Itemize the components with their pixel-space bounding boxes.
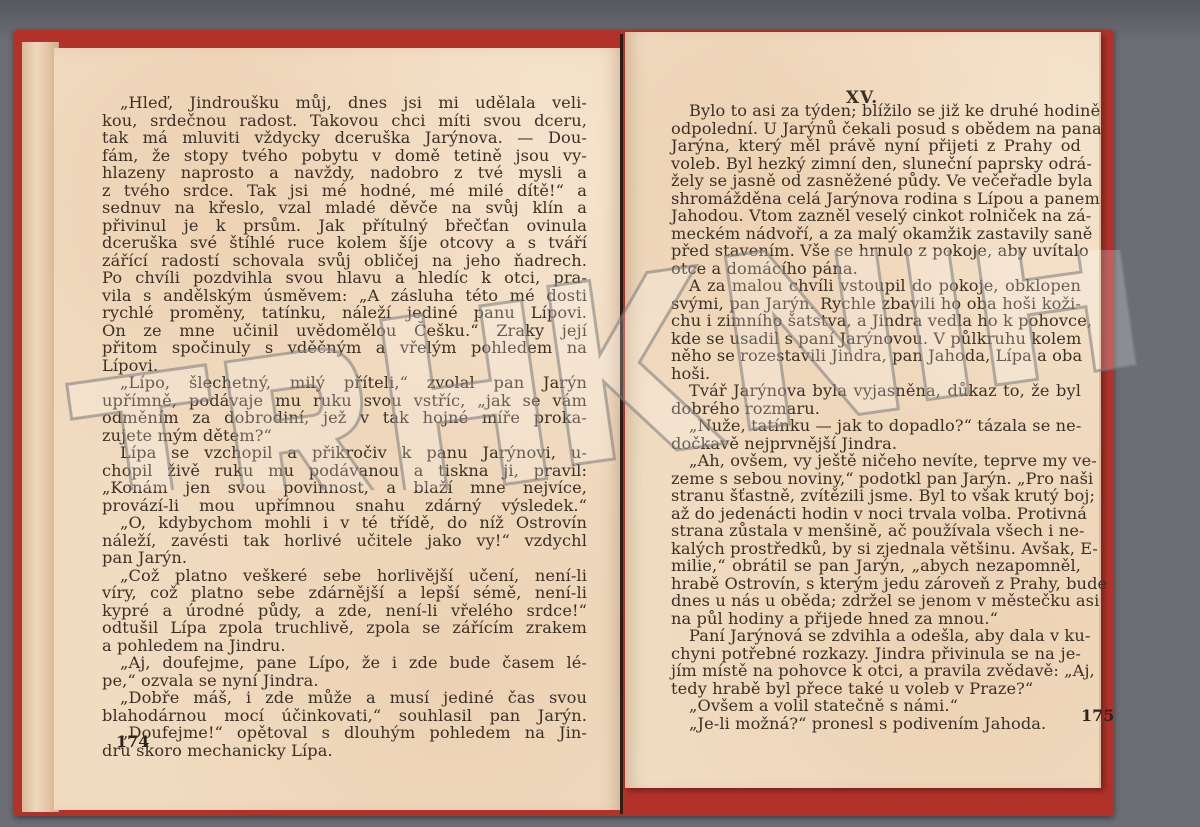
text-line: žely se jasně od zasněžené půdy. Ve veče…	[671, 172, 1081, 190]
text-line: chu i zimního šatstva, a Jindra vedla ho…	[671, 312, 1081, 330]
text-line: „Doufejme!“ opětoval s dlouhým pohledem …	[102, 724, 587, 742]
text-line: strana zůstala v menšině, ač používala v…	[671, 522, 1081, 540]
text-line: odpolední. U Jarýnů čekali posud s oběde…	[671, 120, 1081, 138]
text-line: a pohledem na Jindru.	[102, 637, 587, 655]
text-line: vila s andělským úsměvem: „A zásluha tét…	[102, 287, 587, 305]
text-line: „Nuže, tatínku — jak to dopadlo?“ tázala…	[671, 417, 1081, 435]
text-line: upřímně, podávaje mu ruku svou vstříc, „…	[102, 392, 587, 410]
text-line: Paní Jarýnová se zdvihla a odešla, aby d…	[671, 627, 1081, 645]
text-line: dočkavě nejprvnější Jindra.	[671, 435, 1081, 453]
left-page-body: „Hleď, Jindroušku můj, dnes jsi mi uděla…	[102, 94, 587, 759]
text-line: dnes u nás u oběda; zdržel se jenom v mě…	[671, 592, 1081, 610]
text-line: „Dobře máš, i zde může a musí jediné čas…	[102, 689, 587, 707]
left-page-number: 174	[116, 732, 149, 751]
text-line: chyni potřebné rozkazy. Jindra přivinula…	[671, 645, 1081, 663]
text-line: „Aj, doufejme, pane Lípo, že i zde bude …	[102, 654, 587, 672]
text-line: na půl hodiny a přijede hned za mnou.“	[671, 610, 1081, 628]
text-line: dceruška své štíhlé ruce kolem šíje otco…	[102, 234, 587, 252]
text-line: chopil živě ruku mu podávanou a tiskna j…	[102, 462, 587, 480]
text-line: svými, pan Jarýn. Rychle zbavili ho oba …	[671, 295, 1081, 313]
text-line: On ze mne učinil uvědomělou Češku.“ Zrak…	[102, 322, 587, 340]
text-line: fám, že stopy tvého pobytu v domě tetině…	[102, 147, 587, 165]
text-line: kalých prostředků, by si zjednala většin…	[671, 540, 1081, 558]
text-line: kypré a úrodné půdy, a zde, není-li vřel…	[102, 602, 587, 620]
text-line: zářící radostí schovala svůj obličej na …	[102, 252, 587, 270]
text-line: voleb. Byl hezký zimní den, sluneční pap…	[671, 155, 1081, 173]
text-line: „Je-li možná?“ pronesl s podivením Jahod…	[671, 715, 1081, 733]
right-page-body: Bylo to asi za týden; blížilo se již ke …	[671, 102, 1081, 732]
text-line: „Ah, ovšem, vy ještě ničeho nevíte, tepr…	[671, 452, 1081, 470]
text-line: přitom spočinuly s vděčným a vřelým pohl…	[102, 339, 587, 357]
text-line: provází-li mou upřímnou snahu zdárný výs…	[102, 497, 587, 515]
text-line: „Ovšem a volil statečně s námi.“	[671, 697, 1081, 715]
text-line: hlazeny naprosto a navždy, nadobro z tvé…	[102, 164, 587, 182]
text-line: až do jedenácti hodin v noci trvala volb…	[671, 505, 1081, 523]
text-line: sednuv na křeslo, vzal mladé děvče na sv…	[102, 199, 587, 217]
text-line: zeme s sebou noviny,“ podotkl pan Jarýn.…	[671, 470, 1081, 488]
text-line: z tvého srdce. Tak jsi mé hodné, mé milé…	[102, 182, 587, 200]
text-line: tedy hrabě byl přece také u voleb v Praz…	[671, 680, 1081, 698]
text-line: otce a domácího pána.	[671, 260, 1081, 278]
text-line: A za malou chvíli vstoupil do pokoje, ob…	[671, 277, 1081, 295]
text-line: hrabě Ostrovín, s kterým jedu zároveň z …	[671, 575, 1081, 593]
text-line: odtušil Lípa zpola truchlivě, zpola se z…	[102, 619, 587, 637]
text-line: náleží, zavésti tak horlivé učitele jako…	[102, 532, 587, 550]
text-line: stranu šťastně, zvítězili jsme. Byl to v…	[671, 487, 1081, 505]
right-page-number: 175	[1081, 706, 1114, 725]
text-line: Po chvíli pozdvihla svou hlavu a hledíc …	[102, 269, 587, 287]
right-page: XV. Bylo to asi za týden; blížilo se již…	[625, 32, 1101, 788]
text-line: dobrého rozmaru.	[671, 400, 1081, 418]
text-line: před stavením. Vše se hrnulo z pokoje, a…	[671, 242, 1081, 260]
text-line: víry, což platno sebe zdárnější a lepší …	[102, 584, 587, 602]
text-line: Jarýna, který měl právě nyní přijeti z P…	[671, 137, 1081, 155]
text-line: „Konám jen svou povinnost, a blaží mne n…	[102, 479, 587, 497]
text-line: Tvář Jarýnova byla vyjasněna, důkaz to, …	[671, 382, 1081, 400]
text-line: jím místě na pohovce k otci, a pravila z…	[671, 662, 1081, 680]
text-line: přivinul je k prsům. Jak přítulný břečťa…	[102, 217, 587, 235]
book-gutter	[620, 34, 623, 814]
text-line: „Lípo, šlechetný, milý příteli,“ zvolal …	[102, 374, 587, 392]
text-line: zujete mým dětem?“	[102, 427, 587, 445]
text-line: dru skoro mechanicky Lípa.	[102, 742, 587, 760]
text-line: blahodárnou mocí účinkovati,“ souhlasil …	[102, 707, 587, 725]
text-line: Jahodou. Vtom zazněl veselý cinkot rolni…	[671, 207, 1081, 225]
left-page: „Hleď, Jindroušku můj, dnes jsi mi uděla…	[54, 48, 622, 810]
text-line: milie,“ obrátil se pan Jarýn, „abych nez…	[671, 557, 1081, 575]
text-line: meckém nádvoří, a za malý okamžik zastav…	[671, 225, 1081, 243]
text-line: „O, kdybychom mohli i v té třídě, do níž…	[102, 514, 587, 532]
text-line: rychlé proměny, tatínku, náleží jediné p…	[102, 304, 587, 322]
text-line: Bylo to asi za týden; blížilo se již ke …	[671, 102, 1081, 120]
text-line: kou, srdečnou radost. Takovou chci míti …	[102, 112, 587, 130]
text-line: něho se rozestavili Jindra, pan Jahoda, …	[671, 347, 1081, 365]
text-line: shromážděna celá Jarýnova rodina s Lípou…	[671, 190, 1081, 208]
text-line: Lípovi.	[102, 357, 587, 375]
text-line: „Hleď, Jindroušku můj, dnes jsi mi uděla…	[102, 94, 587, 112]
text-line: „Což platno veškeré sebe horlivější učen…	[102, 567, 587, 585]
text-line: Lípa se vzchopil a přikročiv k panu Jarý…	[102, 444, 587, 462]
text-line: hoši.	[671, 365, 1081, 383]
text-line: kde se usadil s paní Jarýnovou. V půlkru…	[671, 330, 1081, 348]
text-line: pan Jarýn.	[102, 549, 587, 567]
text-line: tak má mluviti vždycky dceruška Jarýnova…	[102, 129, 587, 147]
text-line: pe,“ ozvala se nyní Jindra.	[102, 672, 587, 690]
text-line: odměním za dobrodiní, jež v tak hojné mí…	[102, 409, 587, 427]
